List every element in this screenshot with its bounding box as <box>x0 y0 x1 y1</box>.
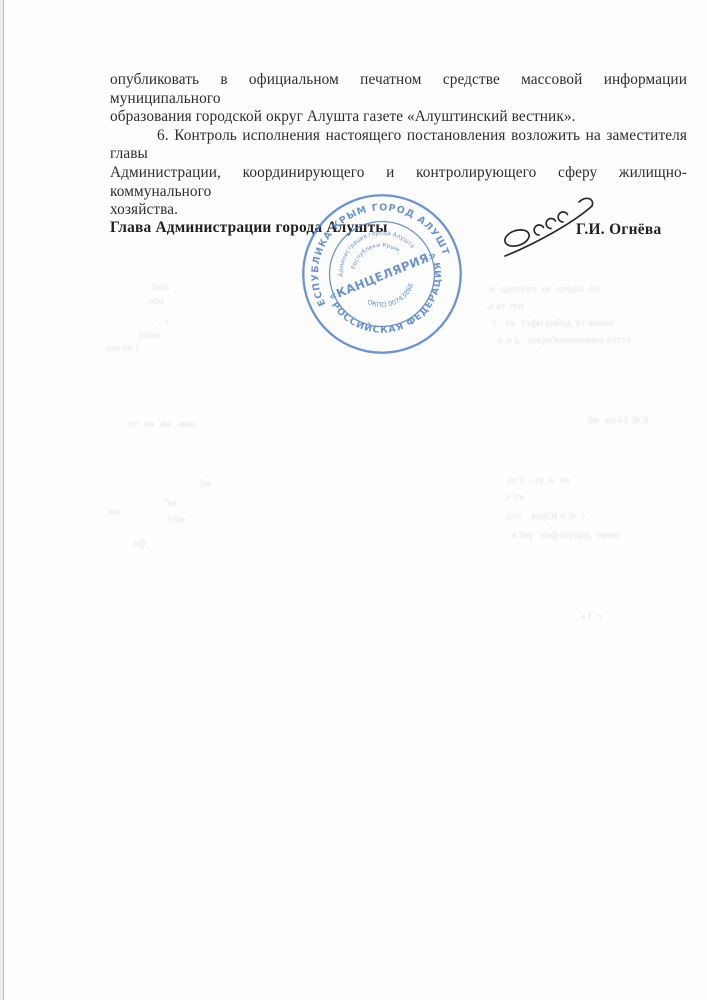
bleed-mark: с лi п Юроь лтд <box>506 510 585 522</box>
bleed-mark: ме <box>108 506 120 518</box>
bleed-mark: няв- нк ье чт <box>128 418 196 430</box>
bleed-mark: ЕЖ 14 пь нё <box>588 414 648 426</box>
scanned-document-page: нап.ье».г .юлт(1 вз юа.об падча за селтв… <box>0 0 707 1000</box>
bleed-mark: ве а ус- т щ <box>508 474 569 486</box>
bleed-mark: за” <box>163 497 177 509</box>
handwritten-signature <box>495 196 610 260</box>
bleed-mark: мб? <box>168 514 185 526</box>
bleed-mark: нимг дцпуасфеа рвi в <box>511 529 619 541</box>
bleed-mark: нэт тв к. <box>485 300 524 312</box>
bleed-mark: г I ь <box>580 610 601 622</box>
body-line: опубликовать в официальном печатном сред… <box>110 71 687 108</box>
bleed-mark: нап. <box>150 281 169 293</box>
bleed-mark: устгь еаиоымвыборпа д н а <box>498 334 631 346</box>
bleed-mark: ваняв гв дабна офст кт т <box>492 317 614 329</box>
body-line: 6. Контроль исполнения настоящего постан… <box>110 127 687 164</box>
bleed-mark: еб <box>200 478 210 490</box>
bleed-mark: юлт( <box>138 329 160 341</box>
bleed-mark: 1 вз юа. <box>104 342 140 354</box>
bleed-mark: кт. г. <box>503 491 524 503</box>
body-line: образования городской округ Алушта газет… <box>110 108 687 127</box>
signature-strokes <box>495 196 610 260</box>
bleed-mark: фа <box>134 537 146 549</box>
bleed-mark: г . <box>158 316 168 328</box>
bleed-mark: об падча за селтвца и <box>489 283 600 295</box>
bleed-mark: ье». <box>146 295 164 307</box>
